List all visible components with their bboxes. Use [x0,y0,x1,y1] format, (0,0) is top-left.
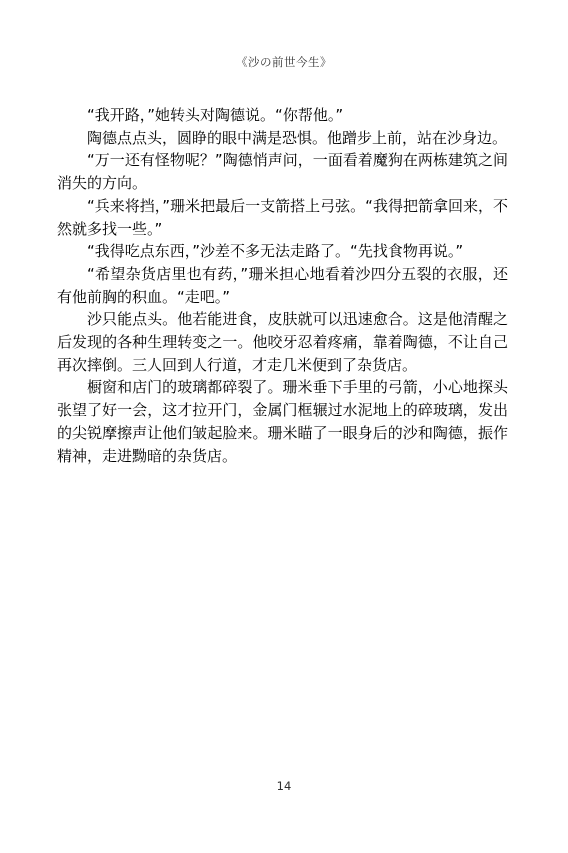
paragraph: 陶德点点头，圆睁的眼中满是恐惧。他蹭步上前，站在沙身边。 [57,127,508,150]
paragraph: 沙只能点头。他若能进食，皮肤就可以迅速愈合。这是他清醒之后发现的各种生理转变之一… [57,308,508,376]
paragraph: “万一还有怪物呢？”陶德悄声问，一面看着魔狗在两栋建筑之间消失的方向。 [57,149,508,194]
paragraph: “兵来将挡，”珊米把最后一支箭搭上弓弦。“我得把箭拿回来，不然就多找一些。” [57,195,508,240]
document-page: 《沙の前世今生》 “我开路，”她转头对陶德说。“你帮他。”陶德点点头，圆睁的眼中… [0,0,568,853]
body-text: “我开路，”她转头对陶德说。“你帮他。”陶德点点头，圆睁的眼中满是恐惧。他蹭步上… [57,104,508,467]
page-number: 14 [0,779,568,793]
paragraph: “希望杂货店里也有药，”珊米担心地看着沙四分五裂的衣服，还有他前胸的积血。“走吧… [57,263,508,308]
paragraph: “我开路，”她转头对陶德说。“你帮他。” [57,104,508,127]
chapter-title: 《沙の前世今生》 [0,54,568,70]
paragraph: 橱窗和店门的玻璃都碎裂了。珊米垂下手里的弓箭，小心地探头张望了好一会，这才拉开门… [57,376,508,467]
paragraph: “我得吃点东西，”沙差不多无法走路了。“先找食物再说。” [57,240,508,263]
